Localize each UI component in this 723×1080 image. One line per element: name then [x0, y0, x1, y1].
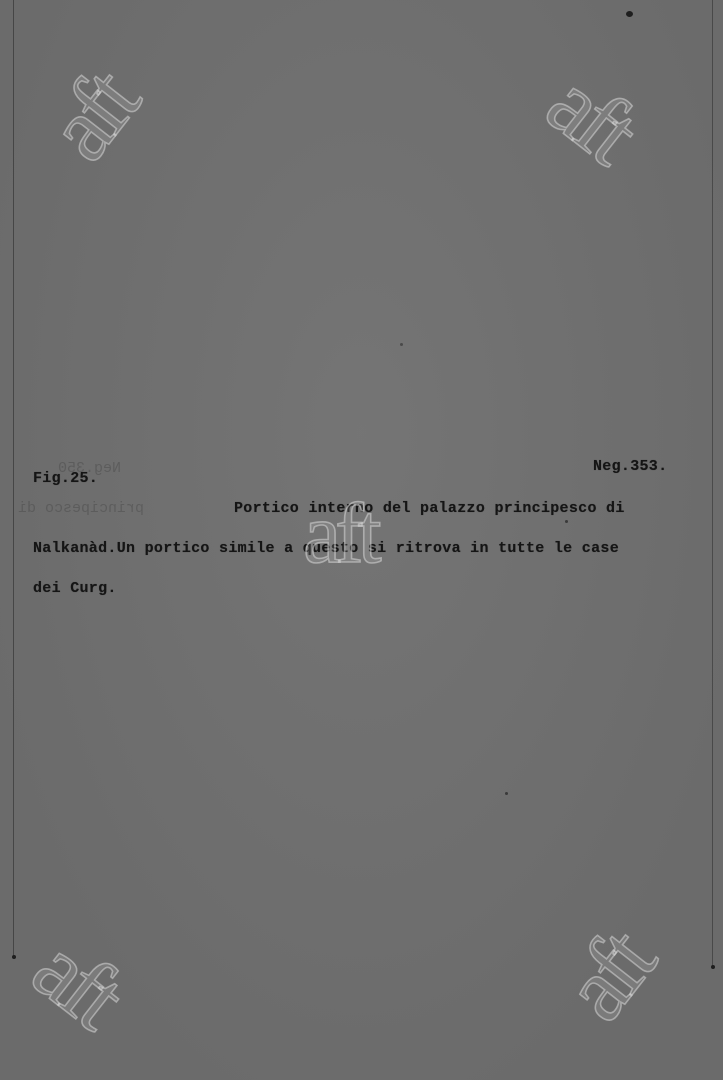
ink-speck	[12, 955, 16, 959]
card-right-edge-line	[712, 0, 713, 968]
ink-speck	[565, 520, 568, 523]
aft-watermark: aft	[31, 57, 152, 176]
show-through-caption: principesco di	[18, 500, 144, 517]
archival-index-card: Neg.350 principesco di Fig.25. Neg.353. …	[0, 0, 723, 1080]
ink-speck	[400, 343, 403, 346]
caption-line-3: dei Curg.	[33, 580, 117, 597]
negative-number: Neg.353.	[593, 458, 667, 475]
caption-line-1: Portico interno del palazzo principesco …	[234, 500, 625, 517]
aft-watermark: aft	[18, 920, 137, 1041]
figure-label: Fig.25.	[33, 470, 98, 487]
ink-speck	[505, 792, 508, 795]
aft-watermark: aft	[547, 917, 668, 1036]
ink-speck	[626, 11, 633, 17]
ink-speck	[711, 965, 715, 969]
aft-watermark: aft	[532, 55, 651, 176]
card-left-edge-line	[13, 0, 14, 958]
aft-watermark: aft	[303, 490, 376, 576]
